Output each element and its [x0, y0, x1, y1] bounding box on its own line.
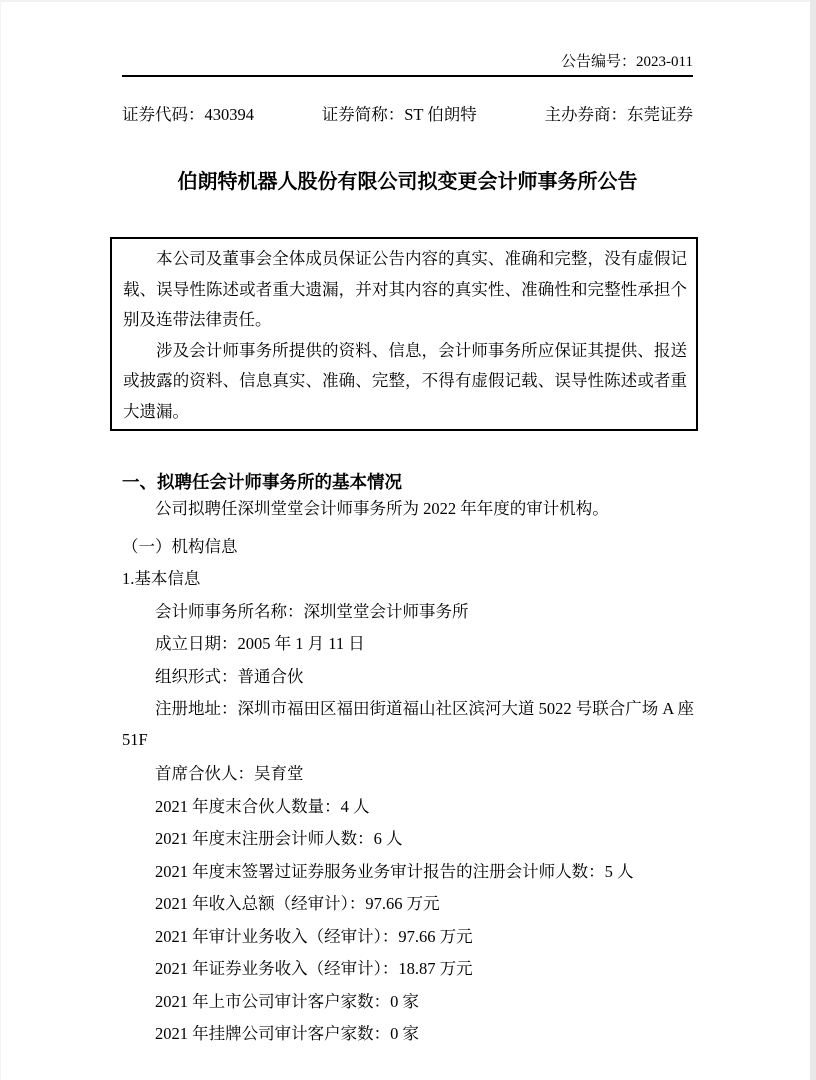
declaration-paragraph-2: 涉及会计师事务所提供的资料、信息，会计师事务所应保证其提供、报送或披露的资料、信… — [123, 336, 687, 428]
item-heading: 1.基本信息 — [122, 561, 693, 594]
section-intro: 公司拟聘任深圳堂堂会计师事务所为 2022 年年度的审计机构。 — [122, 491, 693, 524]
fact-listed-company-clients: 2021 年上市公司审计客户家数：0 家 — [122, 984, 693, 1017]
document-page: 公告编号：2023-011 证券代码：430394 证券简称：ST 伯朗特 主办… — [0, 0, 810, 1080]
fact-securities-cpa-count: 2021 年度末签署过证券服务业务审计报告的注册会计师人数：5 人 — [122, 854, 693, 887]
fact-audit-revenue: 2021 年审计业务收入（经审计）：97.66 万元 — [122, 919, 693, 952]
fact-registered-address: 注册地址：深圳市福田区福田街道福山社区滨河大道 5022 号联合广场 A 座 — [122, 691, 693, 724]
fact-cpa-count: 2021 年度末注册会计师人数：6 人 — [122, 821, 693, 854]
fact-total-revenue: 2021 年收入总额（经审计）：97.66 万元 — [122, 886, 693, 919]
section-heading: 一、拟聘任会计师事务所的基本情况 — [122, 471, 693, 491]
stock-abbreviation: 证券简称：ST 伯朗特 — [322, 105, 477, 125]
fact-registered-address-cont: 51F — [122, 724, 693, 757]
sponsor-broker: 主办券商：东莞证券 — [545, 105, 694, 125]
document-content: 公告编号：2023-011 证券代码：430394 证券简称：ST 伯朗特 主办… — [122, 2, 693, 1049]
subsection-heading: （一）机构信息 — [122, 529, 693, 562]
announcement-number: 公告编号：2023-011 — [561, 54, 693, 70]
document-title: 伯朗特机器人股份有限公司拟变更会计师事务所公告 — [122, 170, 693, 195]
fact-chief-partner: 首席合伙人：吴育堂 — [122, 756, 693, 789]
fact-established-date: 成立日期：2005 年 1 月 11 日 — [122, 626, 693, 659]
fact-securities-revenue: 2021 年证券业务收入（经审计）：18.87 万元 — [122, 951, 693, 984]
fact-organization-form: 组织形式：普通合伙 — [122, 659, 693, 692]
stock-code: 证券代码：430394 — [122, 105, 254, 125]
fact-partners-count: 2021 年度末合伙人数量：4 人 — [122, 789, 693, 822]
fact-nq-company-clients: 2021 年挂牌公司审计客户家数：0 家 — [122, 1016, 693, 1049]
fact-firm-name: 会计师事务所名称：深圳堂堂会计师事务所 — [122, 594, 693, 627]
securities-header-row: 证券代码：430394 证券简称：ST 伯朗特 主办券商：东莞证券 — [122, 105, 693, 125]
declaration-box: 本公司及董事会全体成员保证公告内容的真实、准确和完整，没有虚假记载、误导性陈述或… — [110, 237, 698, 431]
announcement-number-row: 公告编号：2023-011 — [122, 2, 693, 77]
declaration-paragraph-1: 本公司及董事会全体成员保证公告内容的真实、准确和完整，没有虚假记载、误导性陈述或… — [123, 244, 687, 336]
